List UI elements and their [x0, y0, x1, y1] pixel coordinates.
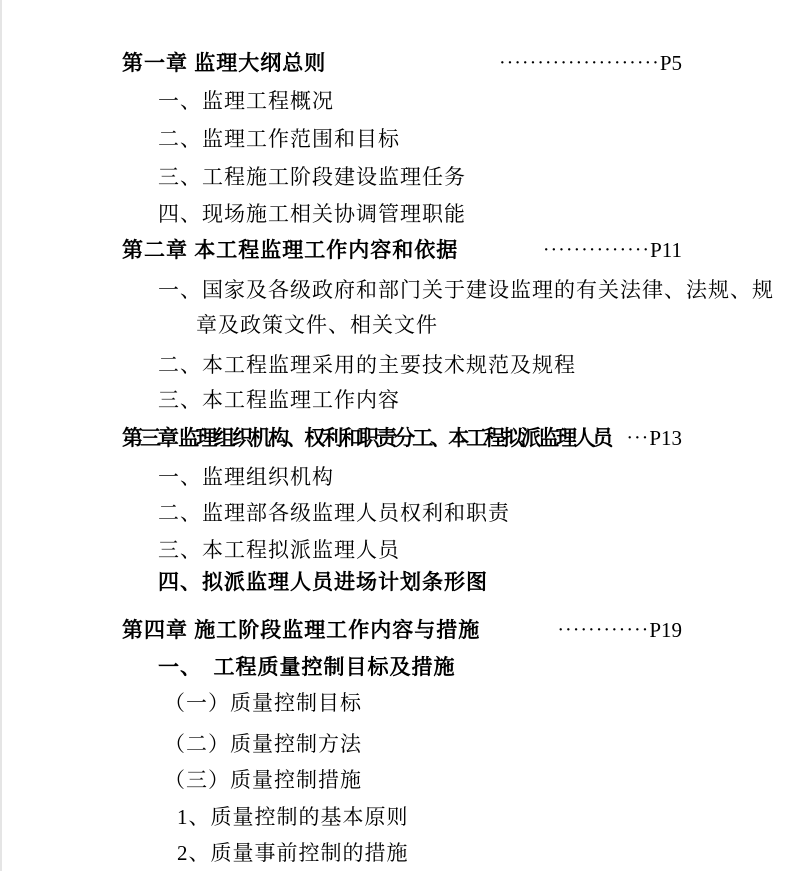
toc-entry: 三、本工程监理工作内容 [0, 387, 795, 414]
toc-entry: 一、国家及各级政府和部门关于建设监理的有关法律、法规、规 [0, 277, 795, 304]
toc-entry: 二、监理工作范围和目标 [0, 126, 795, 153]
toc-chapter-3: 第三章 监理组织机构、权利和职责分工、本工程拟派监理人员 ···P13 [0, 425, 795, 452]
page-number: P13 [649, 426, 682, 450]
toc-entry-label: 一、监理组织机构 [158, 464, 334, 491]
toc-entry-label: 2、质量事前控制的措施 [177, 840, 409, 867]
dot-leader: ··· [626, 427, 649, 449]
toc-entry-label: （三）质量控制措施 [164, 767, 362, 794]
dot-leader: ············ [557, 619, 649, 641]
toc-entry-label: 四、现场施工相关协调管理职能 [158, 201, 466, 228]
chapter-2-title: 第二章 本工程监理工作内容和依据 [122, 237, 458, 264]
toc-entry: 四、现场施工相关协调管理职能 [0, 201, 795, 228]
chapter-3-pageref: ···P13 [626, 425, 682, 452]
toc-chapter-2: 第二章 本工程监理工作内容和依据 ··············P11 [0, 237, 795, 264]
toc-entry-label: （一）质量控制目标 [164, 690, 362, 717]
chapter-2-pageref: ··············P11 [543, 237, 682, 264]
toc-entry-label: 二、监理部各级监理人员权利和职责 [158, 500, 510, 527]
toc-entry-label: 四、拟派监理人员进场计划条形图 [158, 569, 488, 596]
toc-chapter-1: 第一章 监理大纲总则 ·····················P5 [0, 50, 795, 77]
toc-entry: （三）质量控制措施 [0, 767, 795, 794]
toc-entry-label: 一、监理工程概况 [158, 88, 334, 115]
chapter-1-pageref: ·····················P5 [499, 50, 682, 77]
toc-entry: 四、拟派监理人员进场计划条形图 [0, 569, 795, 596]
toc-entry: 2、质量事前控制的措施 [0, 840, 795, 867]
toc-entry-label: 三、本工程拟派监理人员 [158, 537, 400, 564]
toc-entry: 二、监理部各级监理人员权利和职责 [0, 500, 795, 527]
toc-entry: 二、本工程监理采用的主要技术规范及规程 [0, 352, 795, 379]
page-number: P11 [650, 238, 682, 262]
toc-entry: （一）质量控制目标 [0, 690, 795, 717]
page-number: P5 [660, 51, 682, 75]
toc-entry: 三、本工程拟派监理人员 [0, 537, 795, 564]
toc-entry-label: 1、质量控制的基本原则 [177, 804, 409, 831]
toc-entry: （二）质量控制方法 [0, 731, 795, 758]
chapter-1-title: 第一章 监理大纲总则 [122, 50, 326, 77]
toc-entry: 一、监理组织机构 [0, 464, 795, 491]
toc-entry-label: 一、 工程质量控制目标及措施 [158, 654, 456, 681]
dot-leader: ····················· [499, 52, 660, 74]
toc-entry-label: 一、国家及各级政府和部门关于建设监理的有关法律、法规、规 [158, 277, 774, 304]
toc-entry: 一、 工程质量控制目标及措施 [0, 654, 795, 681]
dot-leader: ·············· [543, 239, 650, 261]
chapter-3-title: 第三章 监理组织机构、权利和职责分工、本工程拟派监理人员 [122, 425, 610, 452]
toc-entry: 三、工程施工阶段建设监理任务 [0, 164, 795, 191]
toc-entry: 1、质量控制的基本原则 [0, 804, 795, 831]
toc-entry-label: （二）质量控制方法 [164, 731, 362, 758]
toc-entry: 一、监理工程概况 [0, 88, 795, 115]
toc-chapter-4: 第四章 施工阶段监理工作内容与措施 ············P19 [0, 617, 795, 644]
toc-entry-wrap: 章及政策文件、相关文件 [0, 312, 795, 339]
toc-entry-label: 三、本工程监理工作内容 [158, 387, 400, 414]
toc-entry-label: 章及政策文件、相关文件 [196, 312, 438, 339]
chapter-4-title: 第四章 施工阶段监理工作内容与措施 [122, 617, 480, 644]
chapter-4-pageref: ············P19 [557, 617, 682, 644]
toc-entry-label: 二、本工程监理采用的主要技术规范及规程 [158, 352, 576, 379]
toc-entry-label: 三、工程施工阶段建设监理任务 [158, 164, 466, 191]
page-number: P19 [649, 618, 682, 642]
document-page: 第一章 监理大纲总则 ·····················P5 一、监理工… [0, 0, 795, 871]
toc-entry-label: 二、监理工作范围和目标 [158, 126, 400, 153]
